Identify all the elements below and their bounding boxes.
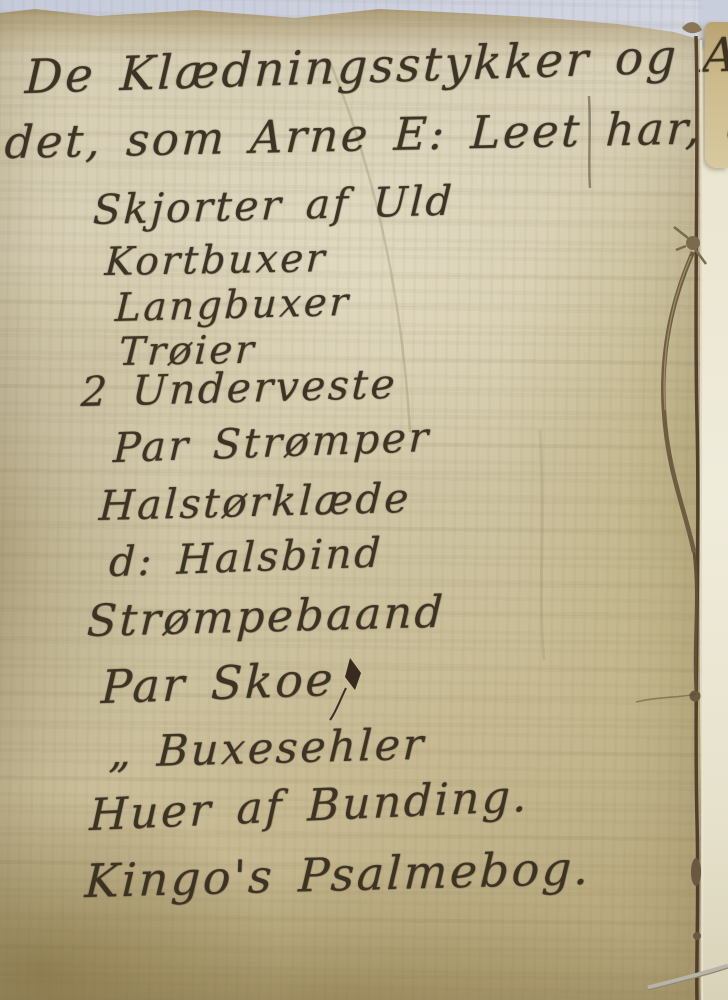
- list-item-underveste: 2 Underveste: [80, 360, 398, 416]
- list-item-langbuxer: Langbuxer: [114, 280, 351, 331]
- list-item-strompebaand: Strømpebaand: [86, 587, 447, 647]
- list-item-kortbuxer: Kortbuxer: [104, 236, 329, 285]
- list-item-halsbind: d: Halsbind: [108, 528, 383, 586]
- list-item-halstorklaede: Halstørklæde: [98, 474, 412, 530]
- list-item-par-skoe: Par Skoe: [100, 652, 336, 714]
- manuscript-photo: De Klædningsstykker og An, det, som Arne…: [0, 0, 728, 1000]
- list-item-buxesehler: „ Buxesehler: [108, 720, 427, 778]
- list-item-skjorter-af-uld: Skjorter af Uld: [92, 177, 455, 235]
